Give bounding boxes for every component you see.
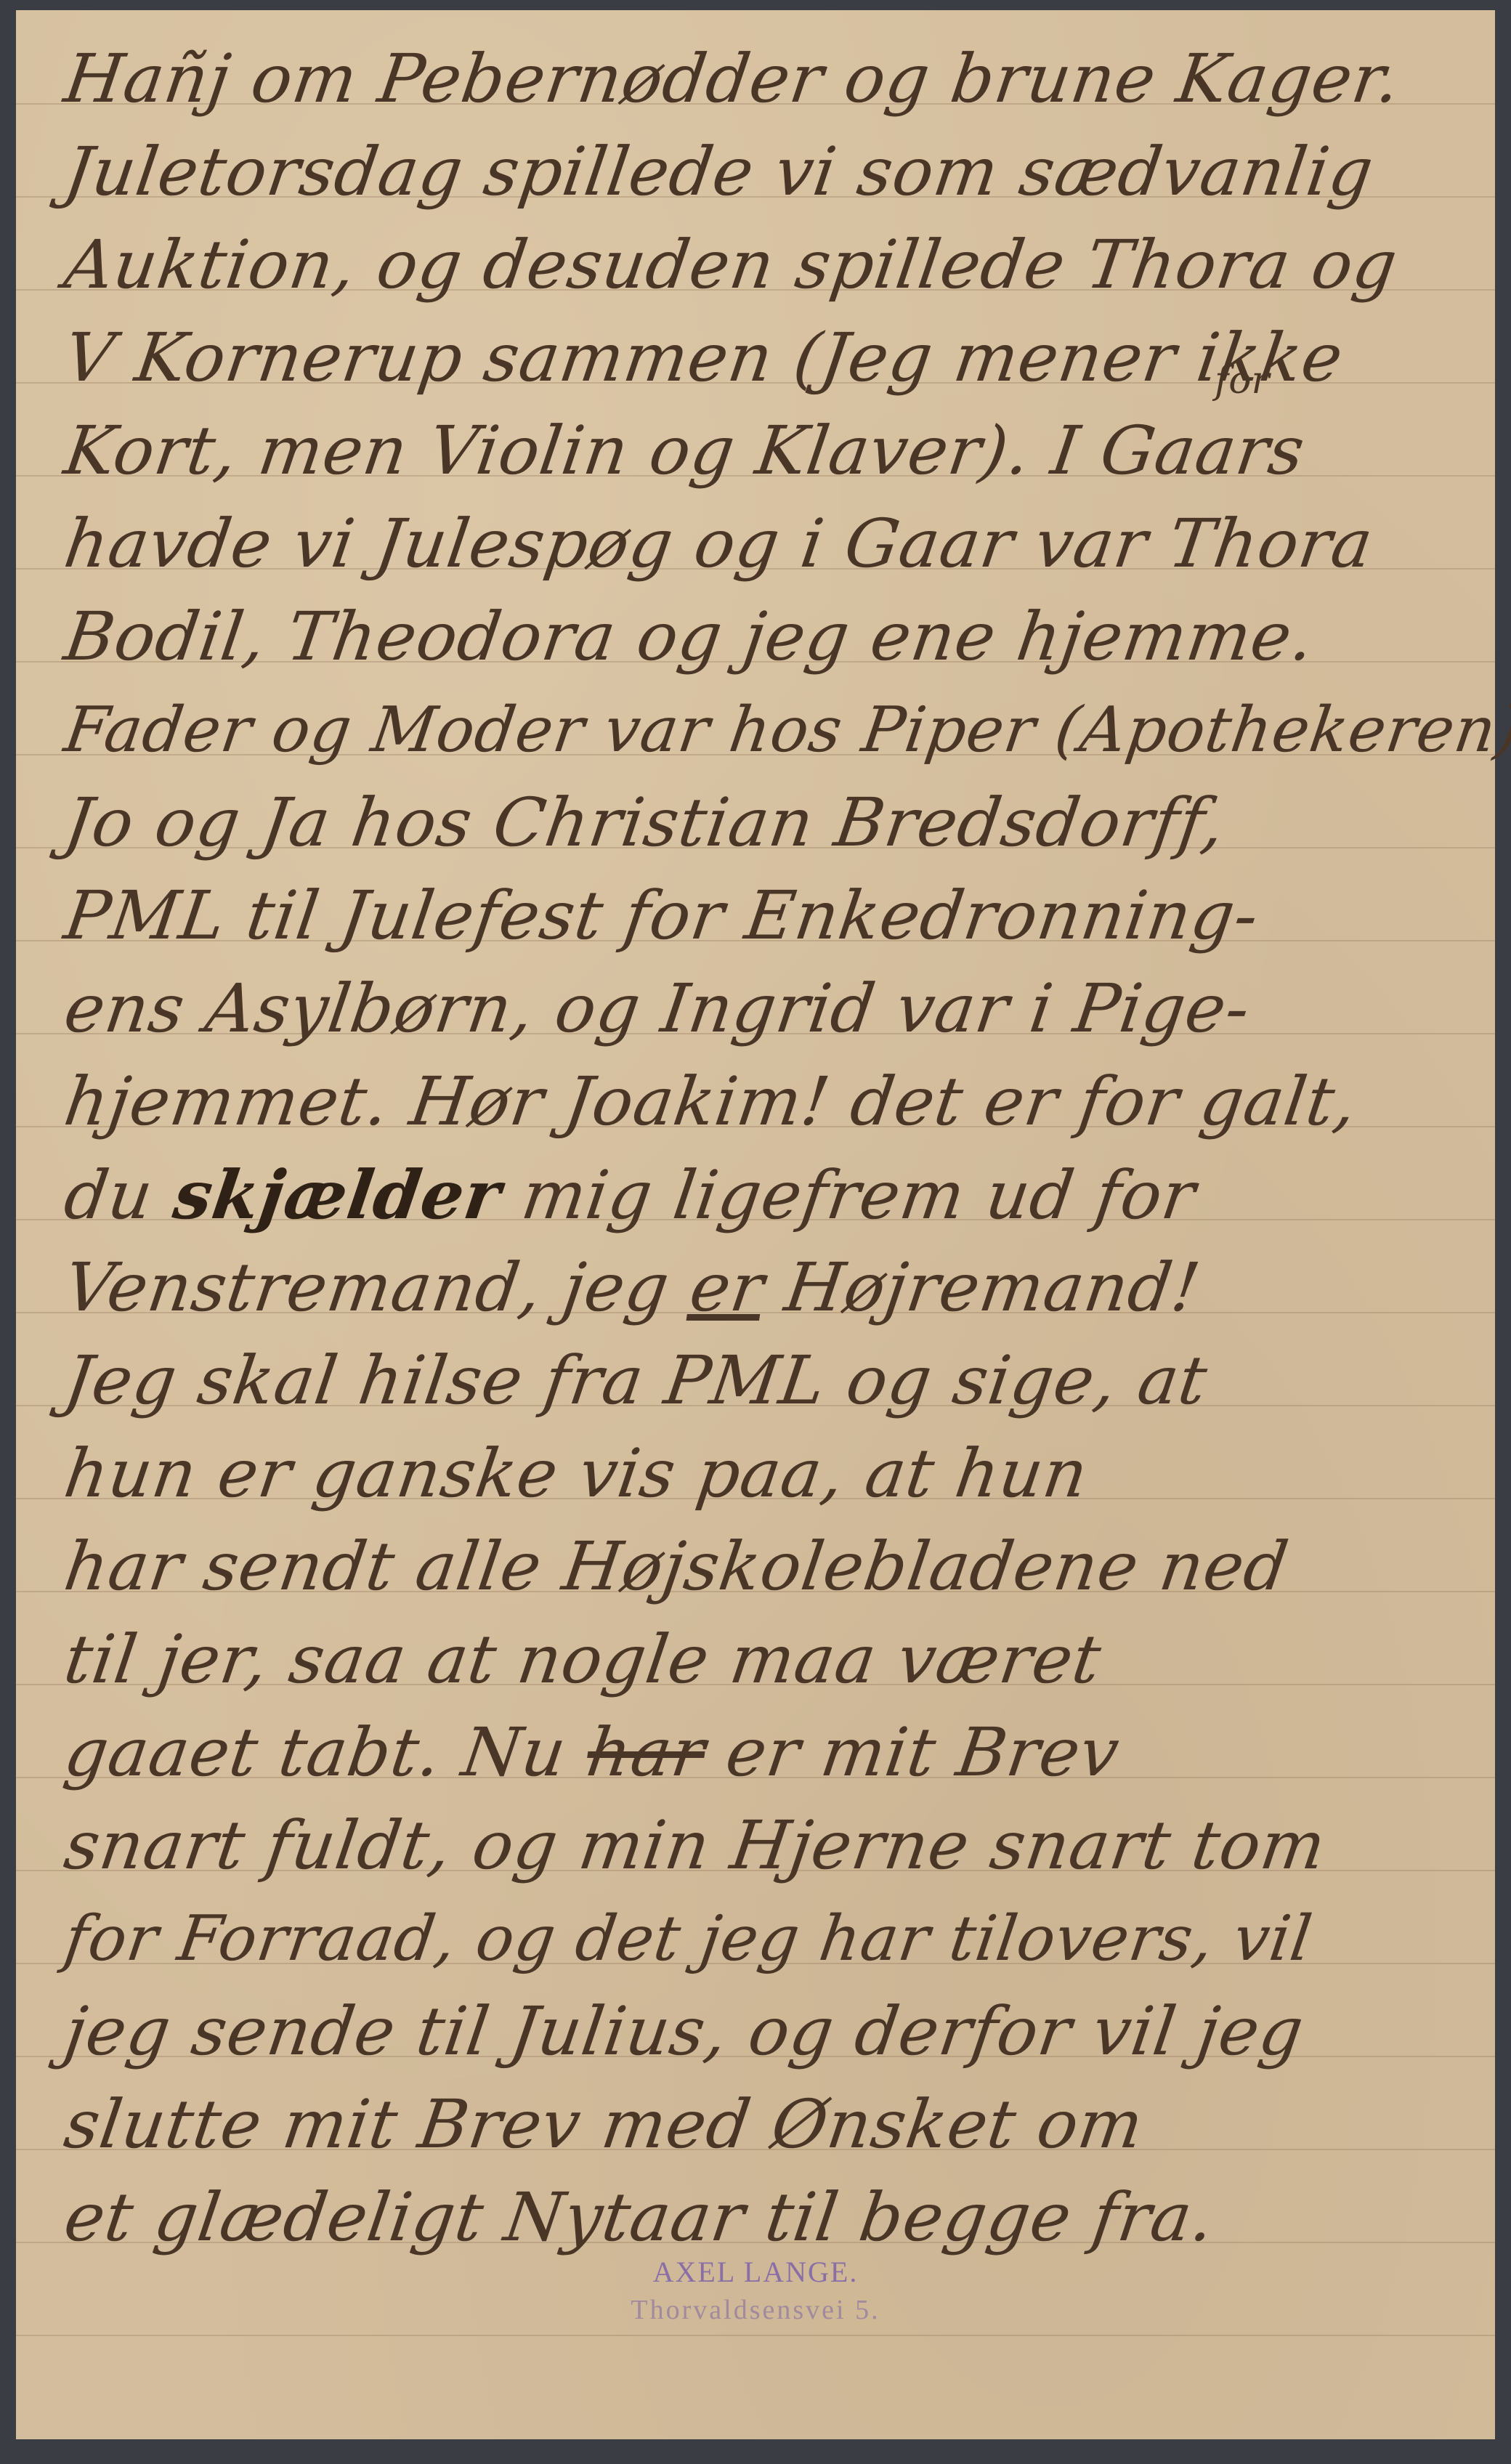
letter-line: Venstremand, jeg er Højremand! <box>60 1248 1462 1328</box>
text-part: du <box>60 1156 179 1234</box>
underlined-word: er <box>685 1249 769 1326</box>
letter-line: Hañj om Pebernødder og brune Kager. <box>60 39 1462 119</box>
letter-line: Kort, men Violin og Klaver). I Gaars <box>60 411 1462 491</box>
letter-line: gaaet tabt. Nu har er mit Brev <box>60 1713 1462 1793</box>
letter-line: slutte mit Brev med Ønsket om <box>60 2085 1462 2165</box>
ruled-line <box>16 2335 1495 2336</box>
interlinear-insertion: for <box>1215 359 1269 402</box>
text-part: er mit Brev <box>700 1714 1125 1791</box>
letter-line: har sendt alle Højskolebladene ned <box>60 1527 1462 1607</box>
letter-line: snart fuldt, og min Hjerne snart tom <box>60 1806 1462 1886</box>
letter-line: hjemmet. Hør Joakim! det er for galt, <box>60 1062 1462 1142</box>
text-part: Venstremand, jeg <box>60 1249 696 1326</box>
letter-line: ens Asylbørn, og Ingrid var i Pige- <box>60 969 1462 1049</box>
letter-line: Bodil, Theodora og jeg ene hjemme. <box>60 597 1462 677</box>
emphasized-word: skjælder <box>169 1156 506 1234</box>
letter-page: Hañj om Pebernødder og brune Kager. Jule… <box>16 10 1495 2439</box>
letter-line: hun er ganske vis paa, at hun <box>60 1434 1462 1514</box>
letter-line: Juletorsdag spillede vi som sædvanlig <box>60 132 1462 212</box>
letter-line: havde vi Julespøg og i Gaar var Thora <box>60 504 1462 584</box>
letter-line: Auktion, og desuden spillede Thora og <box>60 225 1462 305</box>
letter-line: du skjælder mig ligefrem ud for <box>60 1155 1463 1236</box>
letter-line: jeg sende til Julius, og derfor vil jeg <box>60 1992 1462 2072</box>
stamp-name: AXEL LANGE. <box>16 2255 1495 2289</box>
struck-word: har <box>583 1714 710 1791</box>
text-part: Højremand! <box>758 1249 1205 1326</box>
letter-line: et glædeligt Nytaar til begge fra. <box>60 2178 1462 2258</box>
stamp-address: Thorvaldsensvei 5. <box>16 2294 1495 2326</box>
letter-line: for Forraad, og det jeg har tilovers, vi… <box>60 1899 1462 1979</box>
text-part: gaaet tabt. Nu <box>60 1714 593 1791</box>
letter-line: PML til Julefest for Enkedronning- <box>60 876 1462 956</box>
letter-line: Fader og Moder var hos Piper (Apothekere… <box>60 690 1462 770</box>
letter-line: til jer, saa at nogle maa været <box>60 1620 1462 1700</box>
text-part: mig ligefrem ud for <box>495 1156 1200 1234</box>
letter-line: Jeg skal hilse fra PML og sige, at <box>60 1341 1462 1421</box>
letter-line: Jo og Ja hos Christian Bredsdorff, <box>60 783 1462 863</box>
